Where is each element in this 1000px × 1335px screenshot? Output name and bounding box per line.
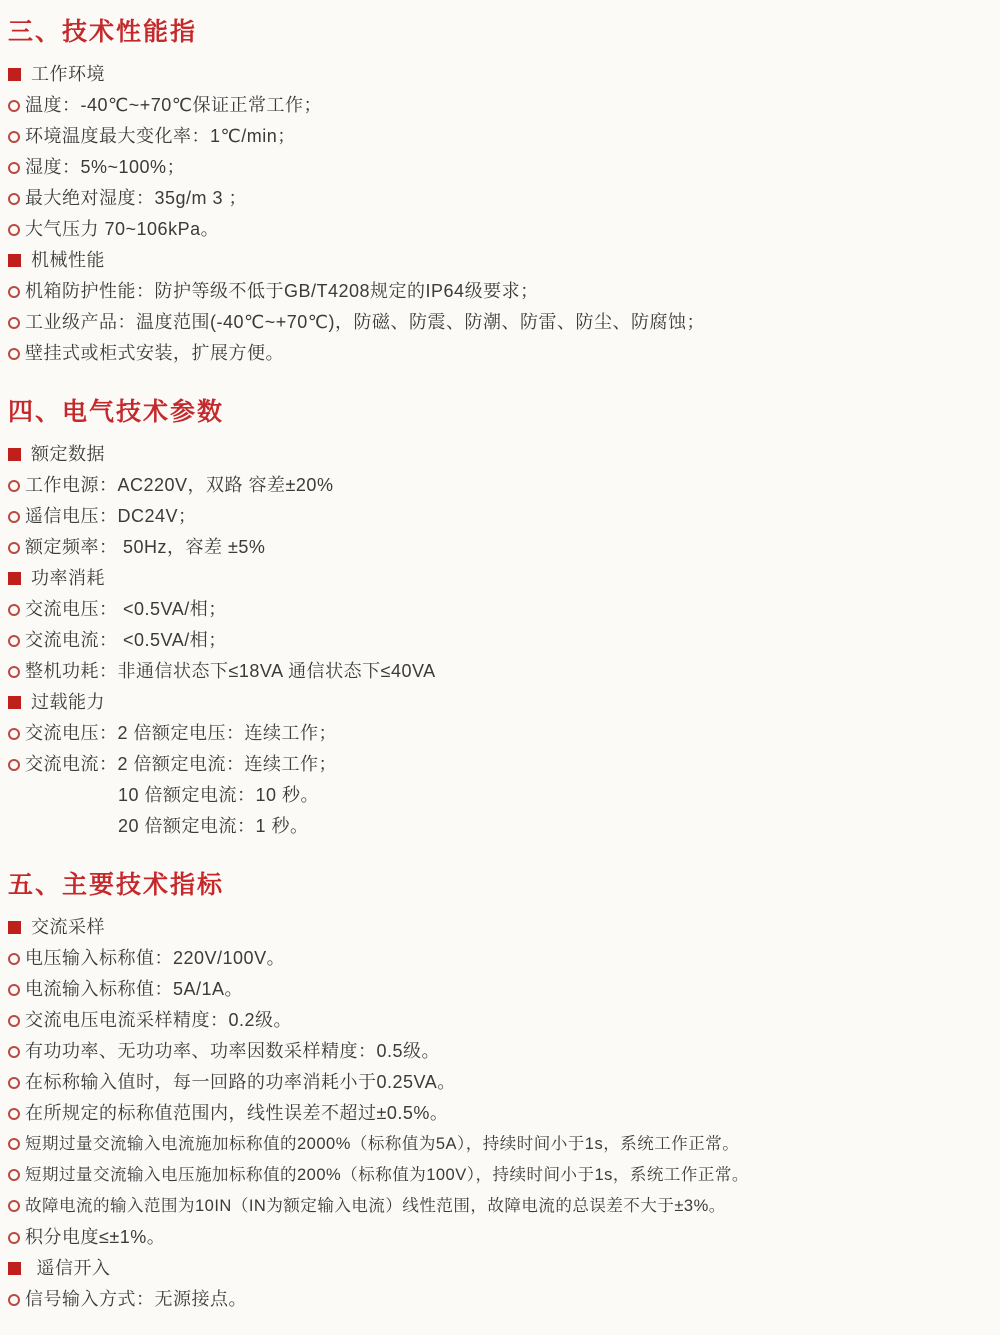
circle-bullet-icon xyxy=(8,1200,20,1212)
circle-bullet-icon xyxy=(8,348,20,360)
spec-item: 环境温度最大变化率：1℃/min； xyxy=(8,121,990,152)
circle-bullet-icon xyxy=(8,759,20,771)
spec-item: 交流电流：2 倍额定电流：连续工作； xyxy=(8,749,990,780)
circle-bullet-icon xyxy=(8,728,20,740)
item-text: 交流电压： <0.5VA/相； xyxy=(25,599,227,619)
item-text: 额定频率： 50Hz，容差 ±5% xyxy=(25,537,265,557)
item-text: 遥信开入 xyxy=(31,1258,111,1278)
circle-bullet-icon xyxy=(8,224,20,236)
section-3: 五、主要技术指标交流采样电压输入标称值：220V/100V。电流输入标称值：5A… xyxy=(8,869,990,1315)
circle-bullet-icon xyxy=(8,100,20,112)
item-text: 短期过量交流输入电流施加标称值的2000%（标称值为5A），持续时间小于1s，系… xyxy=(25,1135,739,1153)
spec-item: 交流电压： <0.5VA/相； xyxy=(8,594,990,625)
spec-item: 交流电流： <0.5VA/相； xyxy=(8,625,990,656)
subheading-item: 工作环境 xyxy=(8,59,990,90)
item-text: 壁挂式或柜式安装，扩展方便。 xyxy=(25,343,284,363)
item-text: 温度：-40℃~+70℃保证正常工作； xyxy=(25,95,322,115)
spec-item: 交流电压：2 倍额定电压：连续工作； xyxy=(8,718,990,749)
spec-item: 最大绝对湿度：35g/m 3 ； xyxy=(8,183,990,214)
circle-bullet-icon xyxy=(8,1169,20,1181)
circle-bullet-icon xyxy=(8,542,20,554)
circle-bullet-icon xyxy=(8,1077,20,1089)
item-text: 电压输入标称值：220V/100V。 xyxy=(25,948,285,968)
item-text: 湿度：5%~100%； xyxy=(25,157,185,177)
section-title: 五、主要技术指标 xyxy=(8,869,990,901)
square-bullet-icon xyxy=(8,448,21,461)
spec-item: 机箱防护性能：防护等级不低于GB/T4208规定的IP64级要求； xyxy=(8,276,990,307)
square-bullet-icon xyxy=(8,696,21,709)
item-text: 工业级产品：温度范围(-40℃~+70℃)，防磁、防震、防潮、防雷、防尘、防腐蚀… xyxy=(25,312,705,332)
item-text: 电流输入标称值：5A/1A。 xyxy=(25,979,243,999)
circle-bullet-icon xyxy=(8,1046,20,1058)
circle-bullet-icon xyxy=(8,162,20,174)
circle-bullet-icon xyxy=(8,1015,20,1027)
spec-item: 在标称输入值时，每一回路的功率消耗小于0.25VA。 xyxy=(8,1067,990,1098)
circle-bullet-icon xyxy=(8,984,20,996)
item-text: 遥信电压：DC24V； xyxy=(25,506,197,526)
item-text: 整机功耗：非通信状态下≤18VA 通信状态下≤40VA xyxy=(25,661,436,681)
spec-item: 信号输入方式：无源接点。 xyxy=(8,1284,990,1315)
spec-item: 故障电流的输入范围为10IN（IN为额定输入电流）线性范围，故障电流的总误差不大… xyxy=(8,1191,990,1222)
section-title: 三、技术性能指 xyxy=(8,16,990,48)
item-text: 交流电压：2 倍额定电压：连续工作； xyxy=(25,723,337,743)
item-text: 10 倍额定电流：10 秒。 xyxy=(118,785,319,805)
square-bullet-icon xyxy=(8,68,21,81)
item-text: 工作环境 xyxy=(31,64,105,84)
subheading-item: 功率消耗 xyxy=(8,563,990,594)
item-text: 环境温度最大变化率：1℃/min； xyxy=(25,126,296,146)
subheading-item: 过载能力 xyxy=(8,687,990,718)
item-text: 最大绝对湿度：35g/m 3 ； xyxy=(25,188,247,208)
item-text: 短期过量交流输入电压施加标称值的200%（标称值为100V），持续时间小于1s，… xyxy=(25,1166,749,1184)
item-text: 大气压力 70~106kPa。 xyxy=(25,219,219,239)
circle-bullet-icon xyxy=(8,286,20,298)
item-text: 信号输入方式：无源接点。 xyxy=(25,1289,247,1309)
item-text: 交流电压电流采样精度：0.2级。 xyxy=(25,1010,292,1030)
square-bullet-icon xyxy=(8,1262,21,1275)
item-text: 在标称输入值时，每一回路的功率消耗小于0.25VA。 xyxy=(25,1072,456,1092)
item-text: 在所规定的标称值范围内，线性误差不超过±0.5%。 xyxy=(25,1103,448,1123)
circle-bullet-icon xyxy=(8,953,20,965)
spec-item: 积分电度≤±1%。 xyxy=(8,1222,990,1253)
circle-bullet-icon xyxy=(8,1138,20,1150)
circle-bullet-icon xyxy=(8,480,20,492)
continuation-item: 20 倍额定电流：1 秒。 xyxy=(8,811,990,842)
square-bullet-icon xyxy=(8,921,21,934)
item-text: 过载能力 xyxy=(31,692,105,712)
spec-item: 温度：-40℃~+70℃保证正常工作； xyxy=(8,90,990,121)
circle-bullet-icon xyxy=(8,1294,20,1306)
spec-item: 大气压力 70~106kPa。 xyxy=(8,214,990,245)
spec-item: 工作电源：AC220V，双路 容差±20% xyxy=(8,470,990,501)
square-bullet-icon xyxy=(8,572,21,585)
item-text: 20 倍额定电流：1 秒。 xyxy=(118,816,309,836)
section-1: 三、技术性能指工作环境温度：-40℃~+70℃保证正常工作；环境温度最大变化率：… xyxy=(8,16,990,369)
spec-item: 额定频率： 50Hz，容差 ±5% xyxy=(8,532,990,563)
spec-item: 壁挂式或柜式安装，扩展方便。 xyxy=(8,338,990,369)
circle-bullet-icon xyxy=(8,1108,20,1120)
spec-item: 短期过量交流输入电压施加标称值的200%（标称值为100V），持续时间小于1s，… xyxy=(8,1160,990,1191)
subheading-item: 遥信开入 xyxy=(8,1253,990,1284)
item-text: 工作电源：AC220V，双路 容差±20% xyxy=(25,475,333,495)
subheading-item: 交流采样 xyxy=(8,912,990,943)
spec-item: 电压输入标称值：220V/100V。 xyxy=(8,943,990,974)
spec-document: 三、技术性能指工作环境温度：-40℃~+70℃保证正常工作；环境温度最大变化率：… xyxy=(8,16,990,1315)
item-text: 功率消耗 xyxy=(31,568,105,588)
circle-bullet-icon xyxy=(8,511,20,523)
item-text: 有功功率、无功功率、功率因数采样精度：0.5级。 xyxy=(25,1041,440,1061)
subheading-item: 机械性能 xyxy=(8,245,990,276)
continuation-item: 10 倍额定电流：10 秒。 xyxy=(8,780,990,811)
spec-item: 电流输入标称值：5A/1A。 xyxy=(8,974,990,1005)
spec-item: 工业级产品：温度范围(-40℃~+70℃)，防磁、防震、防潮、防雷、防尘、防腐蚀… xyxy=(8,307,990,338)
spec-item: 湿度：5%~100%； xyxy=(8,152,990,183)
section-title: 四、电气技术参数 xyxy=(8,396,990,428)
spec-item: 交流电压电流采样精度：0.2级。 xyxy=(8,1005,990,1036)
spec-item: 在所规定的标称值范围内，线性误差不超过±0.5%。 xyxy=(8,1098,990,1129)
spec-item: 遥信电压：DC24V； xyxy=(8,501,990,532)
item-text: 机箱防护性能：防护等级不低于GB/T4208规定的IP64级要求； xyxy=(25,281,539,301)
spec-item: 短期过量交流输入电流施加标称值的2000%（标称值为5A），持续时间小于1s，系… xyxy=(8,1129,990,1160)
item-text: 机械性能 xyxy=(31,250,105,270)
circle-bullet-icon xyxy=(8,317,20,329)
item-text: 额定数据 xyxy=(31,444,105,464)
section-2: 四、电气技术参数额定数据工作电源：AC220V，双路 容差±20%遥信电压：DC… xyxy=(8,396,990,842)
item-text: 故障电流的输入范围为10IN（IN为额定输入电流）线性范围，故障电流的总误差不大… xyxy=(25,1197,726,1215)
spec-item: 有功功率、无功功率、功率因数采样精度：0.5级。 xyxy=(8,1036,990,1067)
circle-bullet-icon xyxy=(8,1232,20,1244)
item-text: 积分电度≤±1%。 xyxy=(25,1227,165,1247)
item-text: 交流采样 xyxy=(31,917,105,937)
subheading-item: 额定数据 xyxy=(8,439,990,470)
spec-item: 整机功耗：非通信状态下≤18VA 通信状态下≤40VA xyxy=(8,656,990,687)
square-bullet-icon xyxy=(8,254,21,267)
item-text: 交流电流： <0.5VA/相； xyxy=(25,630,227,650)
circle-bullet-icon xyxy=(8,635,20,647)
item-text: 交流电流：2 倍额定电流：连续工作； xyxy=(25,754,337,774)
circle-bullet-icon xyxy=(8,604,20,616)
circle-bullet-icon xyxy=(8,131,20,143)
circle-bullet-icon xyxy=(8,193,20,205)
circle-bullet-icon xyxy=(8,666,20,678)
